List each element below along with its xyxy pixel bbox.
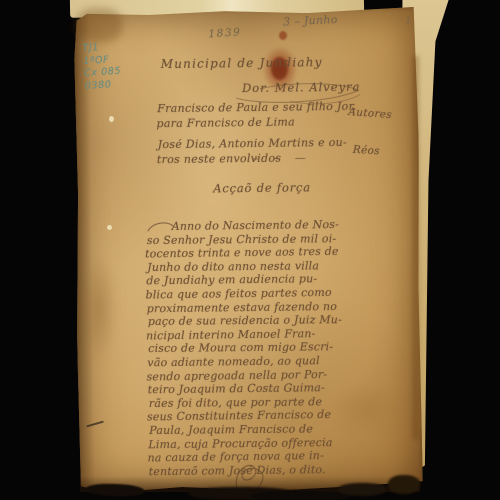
court-heading: Municipal de Jundiahy	[161, 55, 323, 71]
bottom-tear	[338, 483, 386, 496]
plaintiffs-line-2: para Francisco de Lima	[156, 115, 295, 130]
manuscript-scan: TJ1 1ºOF Cx 085 0380 1839 3 – Junho 1 Mu…	[0, 0, 500, 500]
case-title: Acçaõ de força	[213, 180, 311, 195]
body-line: sendo apregoada nella por Por-	[146, 367, 348, 383]
bottom-tear	[252, 491, 350, 500]
body-text: Anno do Nascimento de Nos- so Senhor Jes…	[146, 218, 351, 479]
defendants-line-1: José Dias, Antonio Martins e ou-	[158, 136, 347, 151]
page-number: 1	[405, 16, 412, 27]
year-annotation: 1839	[208, 26, 242, 40]
body-line: Paula, Joaquim Francisco de	[149, 422, 351, 438]
defendants-margin-label: Réos	[352, 144, 380, 158]
bottom-tear	[388, 475, 420, 494]
stamp-line: 0380	[85, 78, 123, 93]
archival-stamp: TJ1 1ºOF Cx 085 0380	[82, 41, 122, 93]
body-line: blica que aos feitos partes como	[145, 286, 347, 302]
body-line: Junho do dito anno nesta villa	[147, 259, 349, 275]
ink-layer: TJ1 1ºOF Cx 085 0380 1839 3 – Junho 1 Mu…	[0, 0, 500, 500]
stamp-line: Cx 085	[84, 66, 122, 81]
date-annotation: 3 – Junho	[283, 13, 338, 29]
body-line: cisco de Moura com migo Escri-	[148, 340, 350, 356]
plaintiffs-line-1: Francisco de Paula e seu filho Jor.	[157, 100, 357, 115]
leader-dashes: – – —	[253, 151, 312, 165]
plaintiffs-margin-label: Autores	[348, 106, 392, 121]
